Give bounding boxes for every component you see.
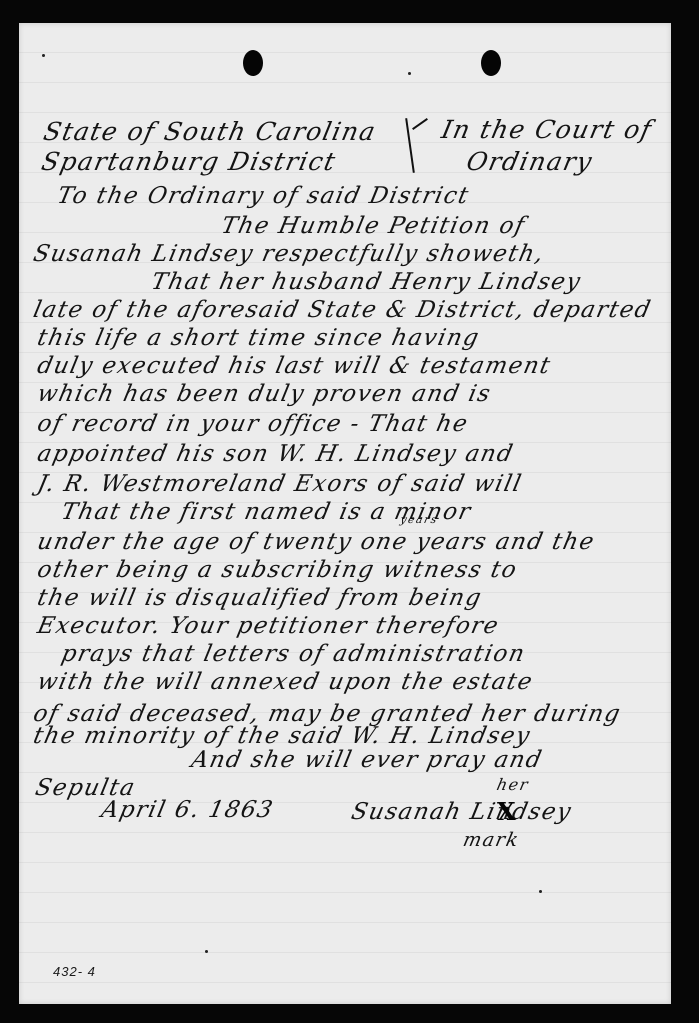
signature-her: her [495, 775, 531, 794]
document-page: State of South Carolina Spartanburg Dist… [19, 23, 671, 1004]
document-viewer: State of South Carolina Spartanburg Dist… [0, 0, 699, 1023]
body-line-15: the will is disqualified from being [35, 585, 485, 611]
signature-name: Susanah Lindsey [349, 799, 574, 825]
ink-speck [408, 72, 411, 75]
body-line-1: To the Ordinary of said District [55, 183, 472, 209]
body-line-17: prays that letters of administration [59, 641, 528, 667]
body-line-3: Susanah Lindsey respectfully showeth, [31, 241, 547, 267]
body-line-8: which has been duly proven and is [35, 381, 494, 407]
body-line-5: late of the aforesaid State & District, … [31, 297, 654, 323]
signature-mark-cross: X [497, 797, 516, 826]
body-line-21: And she will ever pray and [189, 747, 545, 773]
interlineation-years: years [399, 513, 439, 526]
body-line-7: duly executed his last will & testament [35, 353, 554, 379]
body-line-9: of record in your office - That he [35, 411, 471, 437]
body-line-2: The Humble Petition of [219, 213, 528, 239]
heading-state: State of South Carolina [41, 117, 379, 146]
body-line-4: That her husband Henry Lindsey [149, 269, 584, 295]
heading-district: Spartanburg District [39, 147, 339, 176]
heading-court: In the Court of [439, 115, 655, 144]
body-line-6: this life a short time since having [35, 325, 482, 351]
body-line-11: J. R. Westmoreland Exors of said will [35, 471, 525, 497]
ink-speck [42, 54, 45, 57]
punch-hole-right [481, 50, 501, 76]
heading-ordinary: Ordinary [464, 147, 596, 176]
archive-number: 432- 4 [53, 964, 96, 979]
body-line-18: with the will annexed upon the estate [35, 669, 536, 695]
punch-hole-left [243, 50, 263, 76]
signature-mark-label: mark [461, 829, 522, 851]
closing-date: April 6. 1863 [99, 797, 276, 823]
body-line-10: appointed his son W. H. Lindsey and [35, 441, 516, 467]
body-line-14: other being a subscribing witness to [35, 557, 520, 583]
ink-speck [205, 950, 208, 953]
bracket-tick [412, 118, 428, 130]
ink-speck [539, 890, 542, 893]
body-line-20: the minority of the said W. H. Lindsey [31, 723, 533, 749]
body-line-16: Executor. Your petitioner therefore [35, 613, 502, 639]
body-line-13: under the age of twenty one years and th… [35, 529, 597, 555]
